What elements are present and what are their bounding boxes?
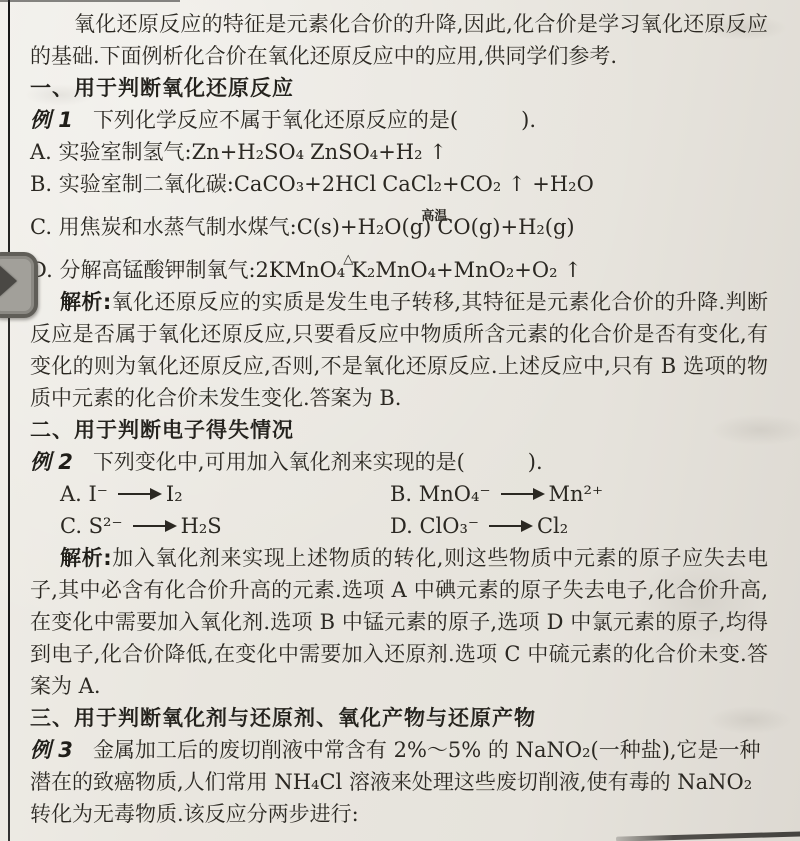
option-d-rhs: Cl₂ xyxy=(537,514,568,538)
option-c-lhs: C. S²⁻ xyxy=(60,514,123,538)
example1-label: 例 1 xyxy=(30,108,73,132)
option-c-equation-lhs: C. 用焦炭和水蒸气制水煤气:C(s)+H₂O(g) xyxy=(30,215,431,239)
reaction-arrow-icon xyxy=(133,525,175,527)
option-a-rhs: I₂ xyxy=(166,482,183,506)
section3-heading: 三、用于判断氧化剂与还原剂、氧化产物与还原产物 xyxy=(30,702,768,734)
analysis-label: 解析: xyxy=(60,546,112,570)
example2-option-d: D. ClO₃⁻Cl₂ xyxy=(390,510,768,542)
clip-arrow-icon xyxy=(0,265,17,297)
example1-option-a: A. 实验室制氢气:Zn+H₂SO₄ZnSO₄+H₂ ↑ xyxy=(30,136,768,168)
example2-analysis: 解析:加入氧化剂来实现上述物质的转化,则这些物质中元素的原子应失去电子,其中必含… xyxy=(30,542,768,702)
page-edge-line xyxy=(8,0,10,841)
example1-question-line: 例 1下列化学反应不属于氧化还原反应的是( ). xyxy=(30,104,768,136)
option-b-lhs: B. MnO₄⁻ xyxy=(390,482,491,506)
example2-option-a: A. I⁻I₂ xyxy=(60,478,390,510)
reaction-condition: △ xyxy=(343,253,353,266)
example1-option-d: D. 分解高锰酸钾制氧气:2KMnO₄△K₂MnO₄+MnO₂+O₂ ↑ xyxy=(30,243,768,286)
option-b-rhs: Mn²⁺ xyxy=(549,482,604,506)
option-d-lhs: D. ClO₃⁻ xyxy=(390,514,479,538)
example1-option-c: C. 用焦炭和水蒸气制水煤气:C(s)+H₂O(g)高温CO(g)+H₂(g) xyxy=(30,200,768,243)
reaction-condition: 高温 xyxy=(421,210,447,223)
option-c-rhs: H₂S xyxy=(181,514,222,538)
section1-heading: 一、用于判断氧化还原反应 xyxy=(30,72,768,104)
option-d-equation-lhs: D. 分解高锰酸钾制氧气:2KMnO₄ xyxy=(30,258,345,282)
reaction-arrow-icon xyxy=(501,493,543,495)
option-c-equation-rhs: CO(g)+H₂(g) xyxy=(437,215,574,239)
section2-heading: 二、用于判断电子得失情况 xyxy=(30,414,768,446)
example1-analysis: 解析:氧化还原反应的实质是发生电子转移,其特征是元素化合价的升降.判断反应是否属… xyxy=(30,286,768,414)
option-b-equation-rhs: CaCl₂+CO₂ ↑ +H₂O xyxy=(382,172,594,196)
reaction-arrow-icon xyxy=(118,493,160,495)
option-a-equation-lhs: A. 实验室制氢气:Zn+H₂SO₄ xyxy=(30,140,304,164)
example2-option-b: B. MnO₄⁻Mn²⁺ xyxy=(390,478,768,510)
example3-label: 例 3 xyxy=(30,738,73,762)
option-b-equation-lhs: B. 实验室制二氧化碳:CaCO₃+2HCl xyxy=(30,172,376,196)
example1-option-b: B. 实验室制二氧化碳:CaCO₃+2HClCaCl₂+CO₂ ↑ +H₂O xyxy=(30,168,768,200)
example2-label: 例 2 xyxy=(30,450,73,474)
option-a-equation-rhs: ZnSO₄+H₂ ↑ xyxy=(310,140,447,164)
example2-options-row2: C. S²⁻H₂S D. ClO₃⁻Cl₂ xyxy=(60,510,768,542)
option-a-lhs: A. I⁻ xyxy=(60,482,108,506)
binder-clip xyxy=(0,252,38,318)
intro-paragraph: 氧化还原反应的特征是元素化合价的升降,因此,化合价是学习氧化还原反应的基础.下面… xyxy=(30,8,768,72)
page-top-edge xyxy=(0,0,180,2)
reaction-arrow-icon xyxy=(489,525,531,527)
example3-text-line: 例 3金属加工后的废切削液中常含有 2%～5% 的 NaNO₂(一种盐),它是一… xyxy=(30,734,768,830)
analysis-label: 解析: xyxy=(60,290,111,314)
option-d-equation-rhs: K₂MnO₄+MnO₂+O₂ ↑ xyxy=(351,258,582,282)
example2-question-line: 例 2下列变化中,可用加入氧化剂来实现的是( ). xyxy=(30,446,768,478)
example1-question: 下列化学反应不属于氧化还原反应的是( ). xyxy=(93,108,536,132)
analysis-text: 加入氧化剂来实现上述物质的转化,则这些物质中元素的原子应失去电子,其中必含有化合… xyxy=(30,546,768,698)
example2-option-c: C. S²⁻H₂S xyxy=(60,510,390,542)
page-content: 氧化还原反应的特征是元素化合价的升降,因此,化合价是学习氧化还原反应的基础.下面… xyxy=(30,8,768,830)
scan-shadow xyxy=(616,831,800,841)
example2-question: 下列变化中,可用加入氧化剂来实现的是( ). xyxy=(93,450,543,474)
example3-text: 金属加工后的废切削液中常含有 2%～5% 的 NaNO₂(一种盐),它是一种潜在… xyxy=(30,738,761,826)
analysis-text: 氧化还原反应的实质是发生电子转移,其特征是元素化合价的升降.判断反应是否属于氧化… xyxy=(30,290,768,410)
example2-options-row1: A. I⁻I₂ B. MnO₄⁻Mn²⁺ xyxy=(60,478,768,510)
